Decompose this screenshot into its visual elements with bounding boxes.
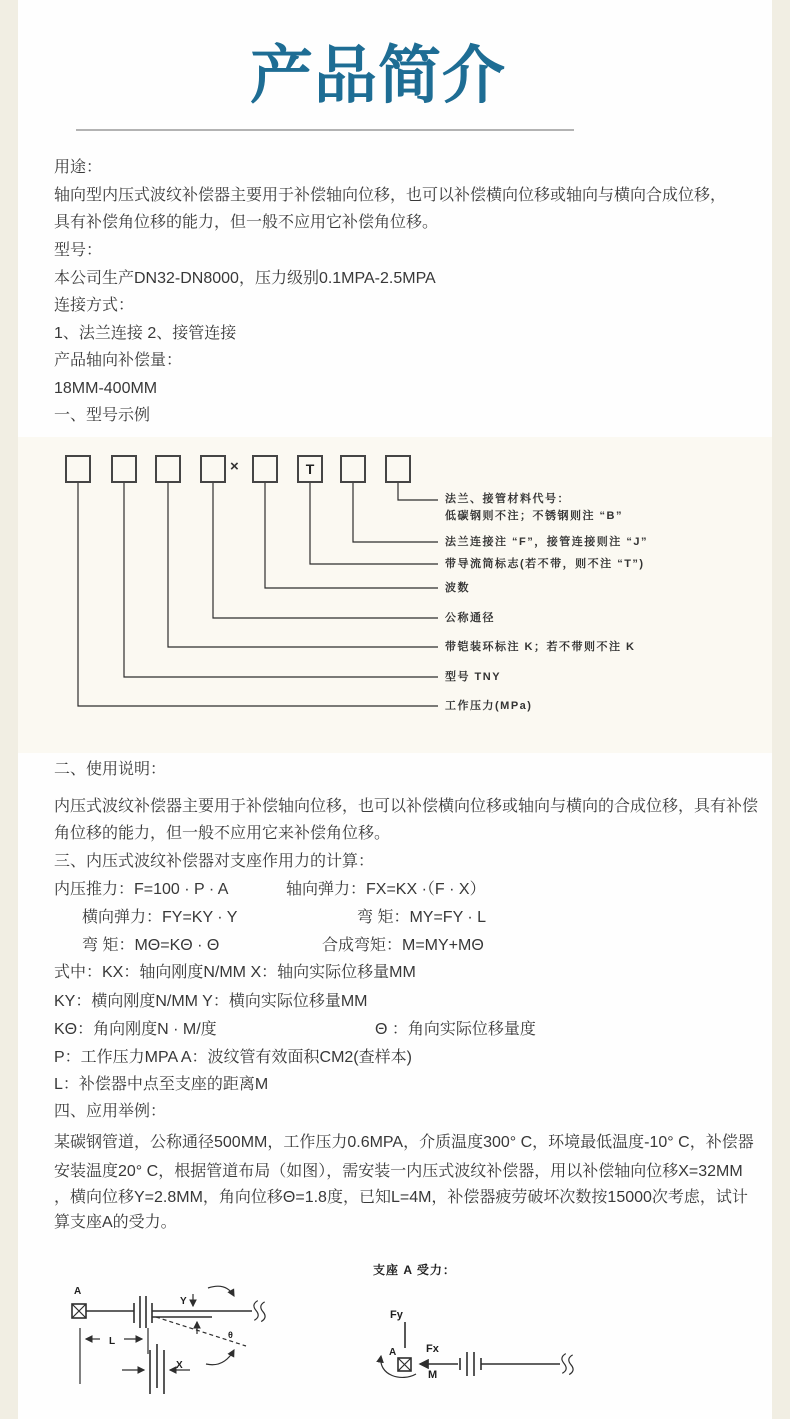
model-code-diagram: T × 法兰、接管材料代号： 低碳钢则不注；不锈钢则注 “B” 法兰连接注 “F… <box>40 445 752 737</box>
code-label-material: 法兰、接管材料代号： 低碳钢则不注；不锈钢则注 “B” <box>445 491 623 525</box>
support-force-sketch: Fy A Fx M <box>370 1258 610 1393</box>
code-label-working-pressure: 工作压力(MPa) <box>445 698 532 715</box>
bellows-icon <box>460 1352 481 1376</box>
intro-line-compensation: 产品轴向补偿量： <box>54 347 182 375</box>
formula-row-2: 横向弹力：FY=KY · Y 弯 矩：MY=FY · L <box>54 904 754 932</box>
definition-l: L：补偿器中点至支座的距离M <box>54 1071 268 1099</box>
formula-bending-moment-y: 弯 矩：MY=FY · L <box>357 904 486 932</box>
multiply-sign: × <box>230 458 239 475</box>
intro-line: 1、法兰连接 2、接管连接 <box>54 320 236 348</box>
intro-line-model: 型号： <box>54 237 102 265</box>
theta-angle-label: θ <box>228 1330 233 1340</box>
fx-force-label: Fx <box>426 1343 440 1355</box>
formula-internal-thrust: 内压推力：F=100 · P · A <box>54 876 228 904</box>
code-label-nominal-diameter: 公称通径 <box>445 610 495 627</box>
anchor-icon <box>72 1304 86 1318</box>
usage-line: 内压式波纹补偿器主要用于补偿轴向位移，也可以补偿横向位移或轴向与横向的合成位移，… <box>54 793 758 821</box>
intro-line-usage: 用途： <box>54 154 102 182</box>
anchor-icon <box>398 1358 411 1371</box>
definition-row-ktheta: KΘ：角向刚度N · M/度 Θ ：角向实际位移量度 <box>54 1016 754 1044</box>
section-heading-usage: 二、使用说明： <box>54 756 166 784</box>
x-dim-label: X <box>176 1360 183 1371</box>
code-box-8 <box>385 455 411 483</box>
model-code-connectors <box>40 445 752 737</box>
code-box-7 <box>340 455 366 483</box>
section-heading-calculation: 三、内压式波纹补偿器对支座作用力的计算： <box>54 848 374 876</box>
code-label-material-line1: 法兰、接管材料代号： <box>445 491 623 508</box>
page-title: 产品简介 <box>250 40 506 112</box>
formula-row-1: 内压推力：F=100 · P · A 轴向弹力：FX=KX ·（F · X） <box>54 876 754 904</box>
intro-line-connection: 连接方式： <box>54 292 134 320</box>
code-label-material-line2: 低碳钢则不注；不锈钢则注 “B” <box>445 508 623 525</box>
example-line: 某碳钢管道，公称通径500MM，工作压力0.6MPA，介质温度300° C，环境… <box>54 1129 754 1157</box>
definition-kx: 式中：KX：轴向刚度N/MM X：轴向实际位移量MM <box>54 959 416 987</box>
usage-line: 角位移的能力，但一般不应用它来补偿角位移。 <box>54 820 390 848</box>
example-line: 安装温度20° C，根据管道布局（如图），需安装一内压式波纹补偿器，用以补偿轴向… <box>54 1158 743 1186</box>
example-line: 算支座A的受力。 <box>54 1209 177 1237</box>
definition-ky: KY：横向刚度N/MM Y：横向实际位移量MM <box>54 988 368 1016</box>
code-label-model-tny: 型号 TNY <box>445 669 501 686</box>
rotation-arrow-top <box>208 1286 234 1296</box>
formula-lateral-force: 横向弹力：FY=KY · Y <box>82 904 237 932</box>
intro-line: 轴向型内压式波纹补偿器主要用于补偿轴向位移，也可以补偿横向位移或轴向与横向合成位… <box>54 182 726 210</box>
section-heading-example: 四、应用举例： <box>54 1098 166 1126</box>
code-box-2 <box>111 455 137 483</box>
code-label-wave-count: 波数 <box>445 580 470 597</box>
bellows-icon <box>134 1296 152 1328</box>
intro-line: 具有补偿角位移的能力，但一般不应用它补偿角位移。 <box>54 209 438 237</box>
code-box-1 <box>65 455 91 483</box>
intro-line: 本公司生产DN32-DN8000，压力级别0.1MPA-2.5MPA <box>54 265 436 293</box>
intro-line: 18MM-400MM <box>54 375 157 403</box>
moment-m-label: M <box>428 1369 437 1381</box>
pipe-layout-sketch: A Y θ L X <box>60 1282 290 1407</box>
code-box-5 <box>252 455 278 483</box>
title-divider <box>76 129 574 131</box>
rotation-arrow-bottom <box>206 1350 234 1365</box>
code-label-armor-ring: 带铠装环标注 K；若不带则不注 K <box>445 639 636 656</box>
code-label-sleeve: 带导流筒标志(若不带，则不注 “T”) <box>445 556 645 573</box>
anchor-a-label: A <box>389 1347 396 1358</box>
formula-row-3: 弯 矩：MΘ=KΘ · Θ 合成弯矩：M=MY+MΘ <box>54 932 754 960</box>
formula-combined-moment: 合成弯矩：M=MY+MΘ <box>322 932 484 960</box>
y-displacement-label: Y <box>180 1296 187 1307</box>
formula-bending-moment-theta: 弯 矩：MΘ=KΘ · Θ <box>82 932 219 960</box>
fy-force-label: Fy <box>390 1309 404 1321</box>
pipe-break-icon <box>251 1300 267 1322</box>
l-dim-label: L <box>109 1336 115 1347</box>
pipe-break-icon <box>559 1353 575 1375</box>
code-label-connection: 法兰连接注 “F”，接管连接则注 “J” <box>445 534 648 551</box>
anchor-a-label: A <box>74 1286 81 1297</box>
code-box-3 <box>155 455 181 483</box>
formula-axial-force: 轴向弹力：FX=KX ·（F · X） <box>286 876 486 904</box>
code-box-6-t: T <box>297 455 323 483</box>
section-heading-model-example: 一、型号示例 <box>54 402 150 430</box>
compressed-bellows-icon <box>150 1344 164 1394</box>
example-line: ，横向位移Y=2.8MM，角向位移Θ=1.8度，已知L=4M，补偿器疲劳破坏次数… <box>54 1184 748 1212</box>
definition-theta: Θ ：角向实际位移量度 <box>375 1016 536 1044</box>
definition-p: P：工作压力MPA A：波纹管有效面积CM2(查样本) <box>54 1044 412 1072</box>
product-intro-page: 产品简介 用途： 轴向型内压式波纹补偿器主要用于补偿轴向位移，也可以补偿横向位移… <box>0 0 790 1419</box>
definition-ktheta: KΘ：角向刚度N · M/度 <box>54 1016 217 1044</box>
code-box-4 <box>200 455 226 483</box>
